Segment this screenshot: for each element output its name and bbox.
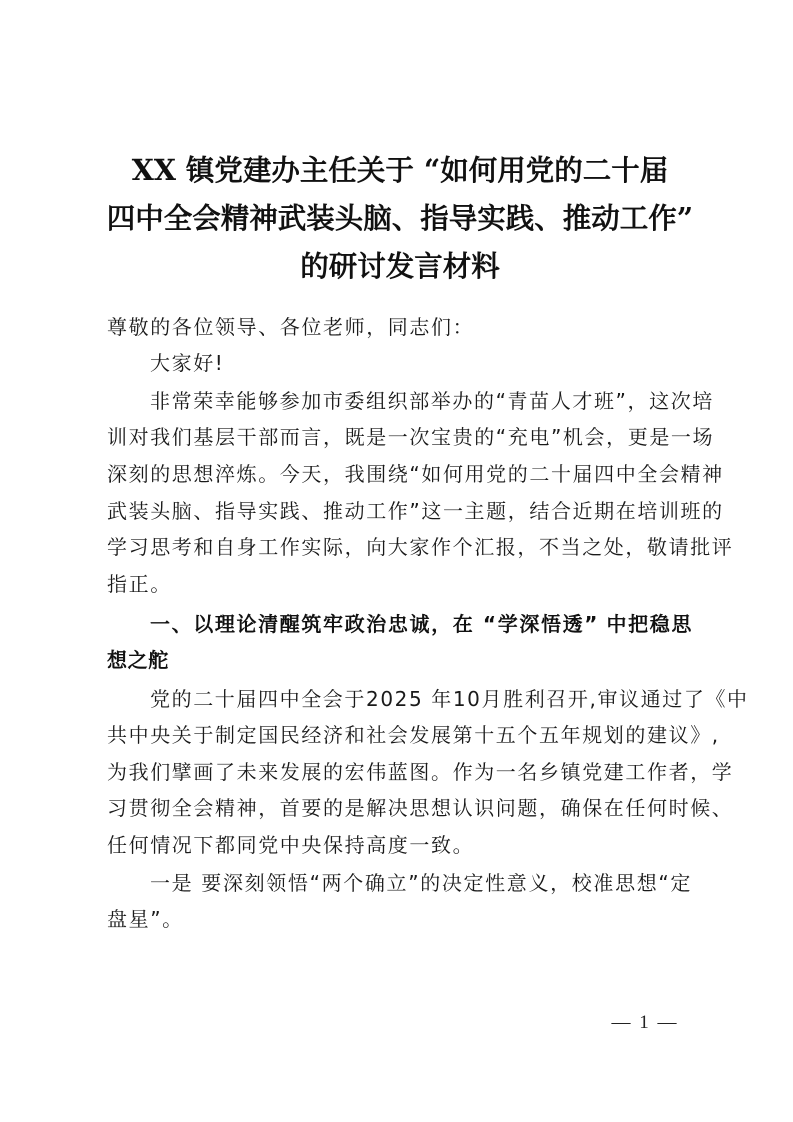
document-page: XX 镇党建办主任关于 “如何用党的二十届 四中全会精神武装头脑、指导实践、推动… xyxy=(0,0,793,1122)
salutation: 尊敬的各位领导、各位老师，同志们： xyxy=(107,315,697,339)
point-1-line: 一是 要深刻领悟“两个确立”的决定性意义，校准思想“定 xyxy=(150,871,692,895)
greeting: 大家好! xyxy=(150,351,740,375)
intro-line: 学习思考和自身工作实际，向大家作个汇报，不当之处，敬请批评 xyxy=(107,535,692,559)
document-title-line-1: XX 镇党建办主任关于 “如何用党的二十届 xyxy=(100,148,700,189)
document-title-line-3: 的研讨发言材料 xyxy=(100,244,700,285)
intro-line: 训对我们基层干部而言，既是一次宝贵的“充电”机会，更是一场 xyxy=(107,425,692,449)
section-1-heading-cont: 想之舵 xyxy=(107,648,697,672)
document-title-line-2: 四中全会精神武装头脑、指导实践、推动工作” xyxy=(100,196,700,237)
intro-line: 非常荣幸能够参加市委组织部举办的“青苗人才班”，这次培 xyxy=(150,389,692,413)
intro-line: 深刻的思想淬炼。今天，我围绕“如何用党的二十届四中全会精神 xyxy=(107,462,692,486)
section-1-heading: 一、以理论清醒筑牢政治忠诚，在 “学深悟透” 中把稳思 xyxy=(150,612,692,636)
section-1-paragraph-line: 共中央关于制定国民经济和社会发展第十五个五年规划的建议》, xyxy=(107,723,692,747)
section-1-paragraph-line: 为我们擘画了未来发展的宏伟蓝图。作为一名乡镇党建工作者，学 xyxy=(107,760,692,784)
intro-line: 武装头脑、指导实践、推动工作”这一主题，结合近期在培训班的 xyxy=(107,499,692,523)
section-1-paragraph-line: 任何情况下都同党中央保持高度一致。 xyxy=(107,833,697,857)
section-1-paragraph-line: 党的二十届四中全会于2025 年10月胜利召开,审议通过了《中 xyxy=(150,687,692,711)
intro-line: 指正。 xyxy=(107,572,697,596)
page-number: — 1 — xyxy=(590,1012,700,1034)
point-1-line: 盘星”。 xyxy=(107,907,697,931)
section-1-paragraph-line: 习贯彻全会精神，首要的是解决思想认识问题，确保在任何时候、 xyxy=(107,796,692,820)
